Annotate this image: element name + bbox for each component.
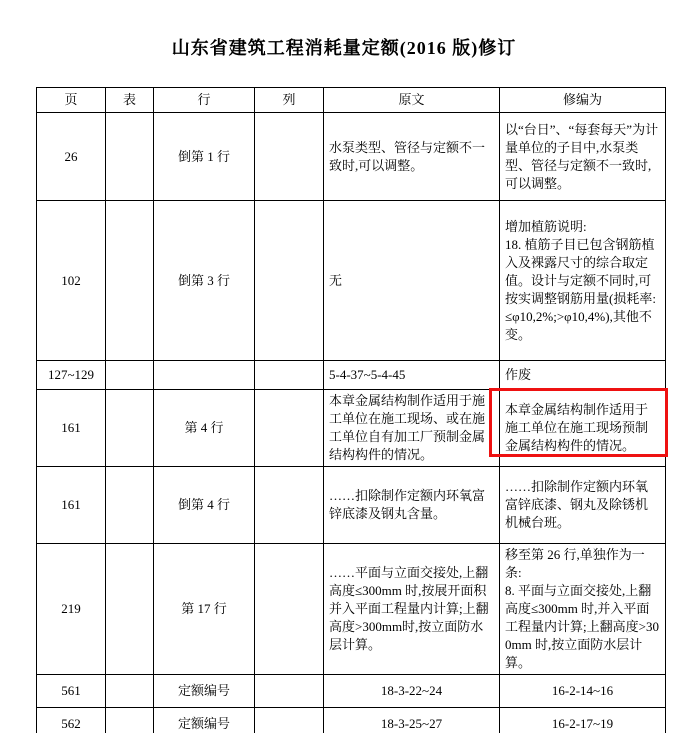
cell-original: 无 (324, 201, 500, 361)
column-header-col: 列 (255, 88, 324, 113)
cell-revised: 16-2-14~16 (500, 675, 666, 708)
cell-line: 第 17 行 (154, 544, 255, 675)
document-title: 山东省建筑工程消耗量定额(2016 版)修订 (0, 34, 688, 60)
cell-col (255, 201, 324, 361)
cell-original: 18-3-25~27 (324, 708, 500, 733)
column-header-line: 行 (154, 88, 255, 113)
cell-revised: 增加植筋说明: 18. 植筋子目已包含钢筋植入及裸露尺寸的综合取定值。设计与定额… (500, 201, 666, 361)
cell-sheet (106, 708, 154, 733)
cell-original: ……平面与立面交接处,上翻高度≤300mm 时,按展开面积并入平面工程量内计算;… (324, 544, 500, 675)
cell-line (154, 361, 255, 390)
table-row: 26 倒第 1 行 水泵类型、管径与定额不一致时,可以调整。 以“台日”、“每套… (37, 113, 666, 201)
table-row: 562 定额编号 18-3-25~27 16-2-17~19 (37, 708, 666, 733)
cell-col (255, 544, 324, 675)
cell-sheet (106, 361, 154, 390)
cell-revised: 作废 (500, 361, 666, 390)
cell-original: ……扣除制作定额内环氧富锌底漆及钢丸含量。 (324, 467, 500, 544)
column-header-original: 原文 (324, 88, 500, 113)
cell-col (255, 675, 324, 708)
cell-col (255, 467, 324, 544)
cell-line: 倒第 4 行 (154, 467, 255, 544)
revision-table: 页 表 行 列 原文 修编为 26 倒第 1 行 水泵类型、管径与定额不一致时,… (36, 87, 666, 733)
cell-line: 第 4 行 (154, 390, 255, 467)
cell-page: 219 (37, 544, 106, 675)
cell-sheet (106, 390, 154, 467)
cell-col (255, 361, 324, 390)
cell-page: 561 (37, 675, 106, 708)
cell-page: 562 (37, 708, 106, 733)
table-row: 161 第 4 行 本章金属结构制作适用于施工单位在施工现场、或在施工单位自有加… (37, 390, 666, 467)
cell-sheet (106, 467, 154, 544)
column-header-page: 页 (37, 88, 106, 113)
cell-page: 161 (37, 467, 106, 544)
cell-col (255, 390, 324, 467)
cell-sheet (106, 113, 154, 201)
column-header-sheet: 表 (106, 88, 154, 113)
cell-page: 102 (37, 201, 106, 361)
cell-revised: 16-2-17~19 (500, 708, 666, 733)
cell-original: 本章金属结构制作适用于施工单位在施工现场、或在施工单位自有加工厂预制金属结构构件… (324, 390, 500, 467)
cell-sheet (106, 201, 154, 361)
document-page: 山东省建筑工程消耗量定额(2016 版)修订 页 表 行 列 原文 修编为 26 (0, 0, 688, 733)
cell-sheet (106, 544, 154, 675)
cell-page: 161 (37, 390, 106, 467)
cell-page: 127~129 (37, 361, 106, 390)
header-row: 页 表 行 列 原文 修编为 (37, 88, 666, 113)
cell-original: 18-3-22~24 (324, 675, 500, 708)
cell-revised: 以“台日”、“每套每天”为计量单位的子目中,水泵类型、管径与定额不一致时,可以调… (500, 113, 666, 201)
table-row: 127~129 5-4-37~5-4-45 作废 (37, 361, 666, 390)
cell-line: 定额编号 (154, 675, 255, 708)
cell-col (255, 113, 324, 201)
table-row: 561 定额编号 18-3-22~24 16-2-14~16 (37, 675, 666, 708)
cell-revised-highlighted: 本章金属结构制作适用于施工单位在施工现场预制金属结构构件的情况。 (500, 390, 666, 467)
cell-original: 水泵类型、管径与定额不一致时,可以调整。 (324, 113, 500, 201)
table-row: 219 第 17 行 ……平面与立面交接处,上翻高度≤300mm 时,按展开面积… (37, 544, 666, 675)
cell-line: 倒第 3 行 (154, 201, 255, 361)
column-header-revised: 修编为 (500, 88, 666, 113)
cell-sheet (106, 675, 154, 708)
cell-original: 5-4-37~5-4-45 (324, 361, 500, 390)
cell-col (255, 708, 324, 733)
table-row: 102 倒第 3 行 无 增加植筋说明: 18. 植筋子目已包含钢筋植入及裸露尺… (37, 201, 666, 361)
cell-revised: 移至第 26 行,单独作为一条: 8. 平面与立面交接处,上翻高度≤300mm … (500, 544, 666, 675)
cell-line: 定额编号 (154, 708, 255, 733)
cell-revised: ……扣除制作定额内环氧富锌底漆、钢丸及除锈机机械台班。 (500, 467, 666, 544)
cell-page: 26 (37, 113, 106, 201)
table-row: 161 倒第 4 行 ……扣除制作定额内环氧富锌底漆及钢丸含量。 ……扣除制作定… (37, 467, 666, 544)
cell-line: 倒第 1 行 (154, 113, 255, 201)
